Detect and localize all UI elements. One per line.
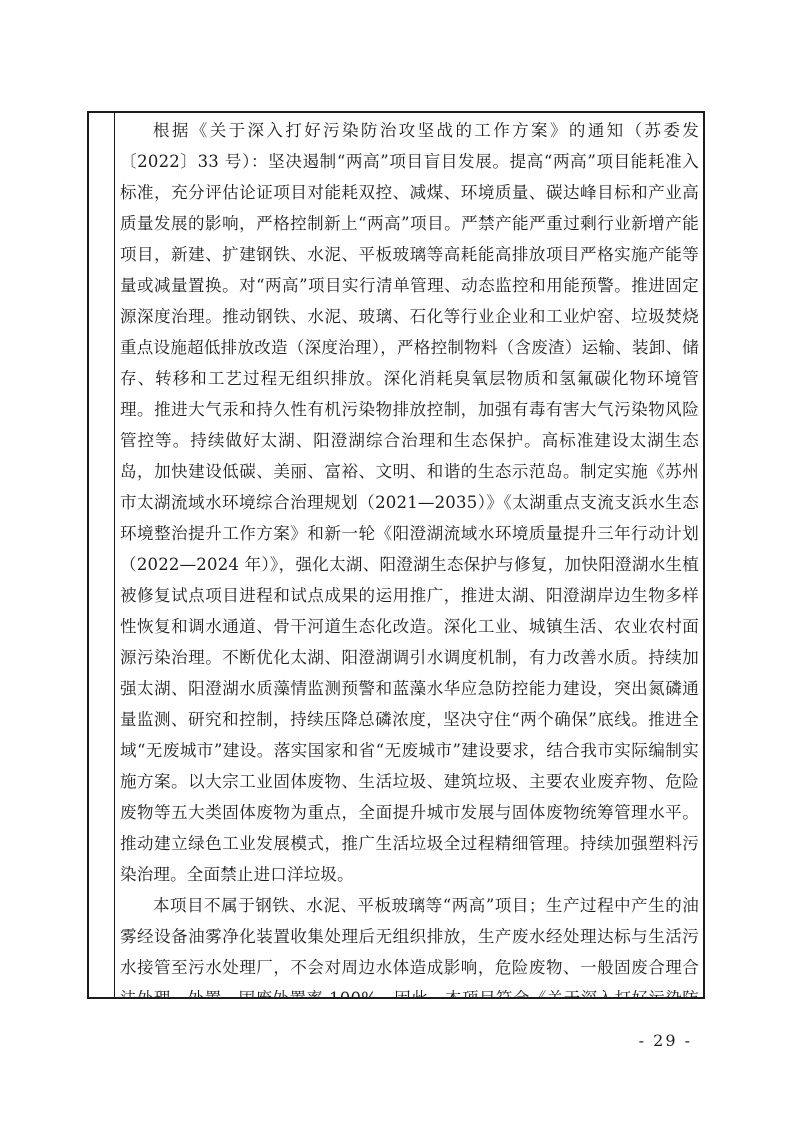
paragraph-policy-requirements: 根据《关于深入打好污染防治攻坚战的工作方案》的通知（苏委发〔2022〕33 号）… [120, 115, 699, 890]
paragraph-project-compliance: 本项目不属于钢铁、水泥、平板玻璃等“两高”项目；生产过程中产生的油雾经设备油雾净… [120, 890, 699, 997]
content-table: 根据《关于深入打好污染防治攻坚战的工作方案》的通知（苏委发〔2022〕33 号）… [87, 111, 705, 999]
table-main-cell: 根据《关于深入打好污染防治攻坚战的工作方案》的通知（苏委发〔2022〕33 号）… [115, 113, 703, 997]
document-page: 根据《关于深入打好污染防治攻坚战的工作方案》的通知（苏委发〔2022〕33 号）… [0, 0, 793, 1122]
table-left-cell [89, 113, 115, 997]
page-number: - 29 - [639, 1031, 692, 1050]
